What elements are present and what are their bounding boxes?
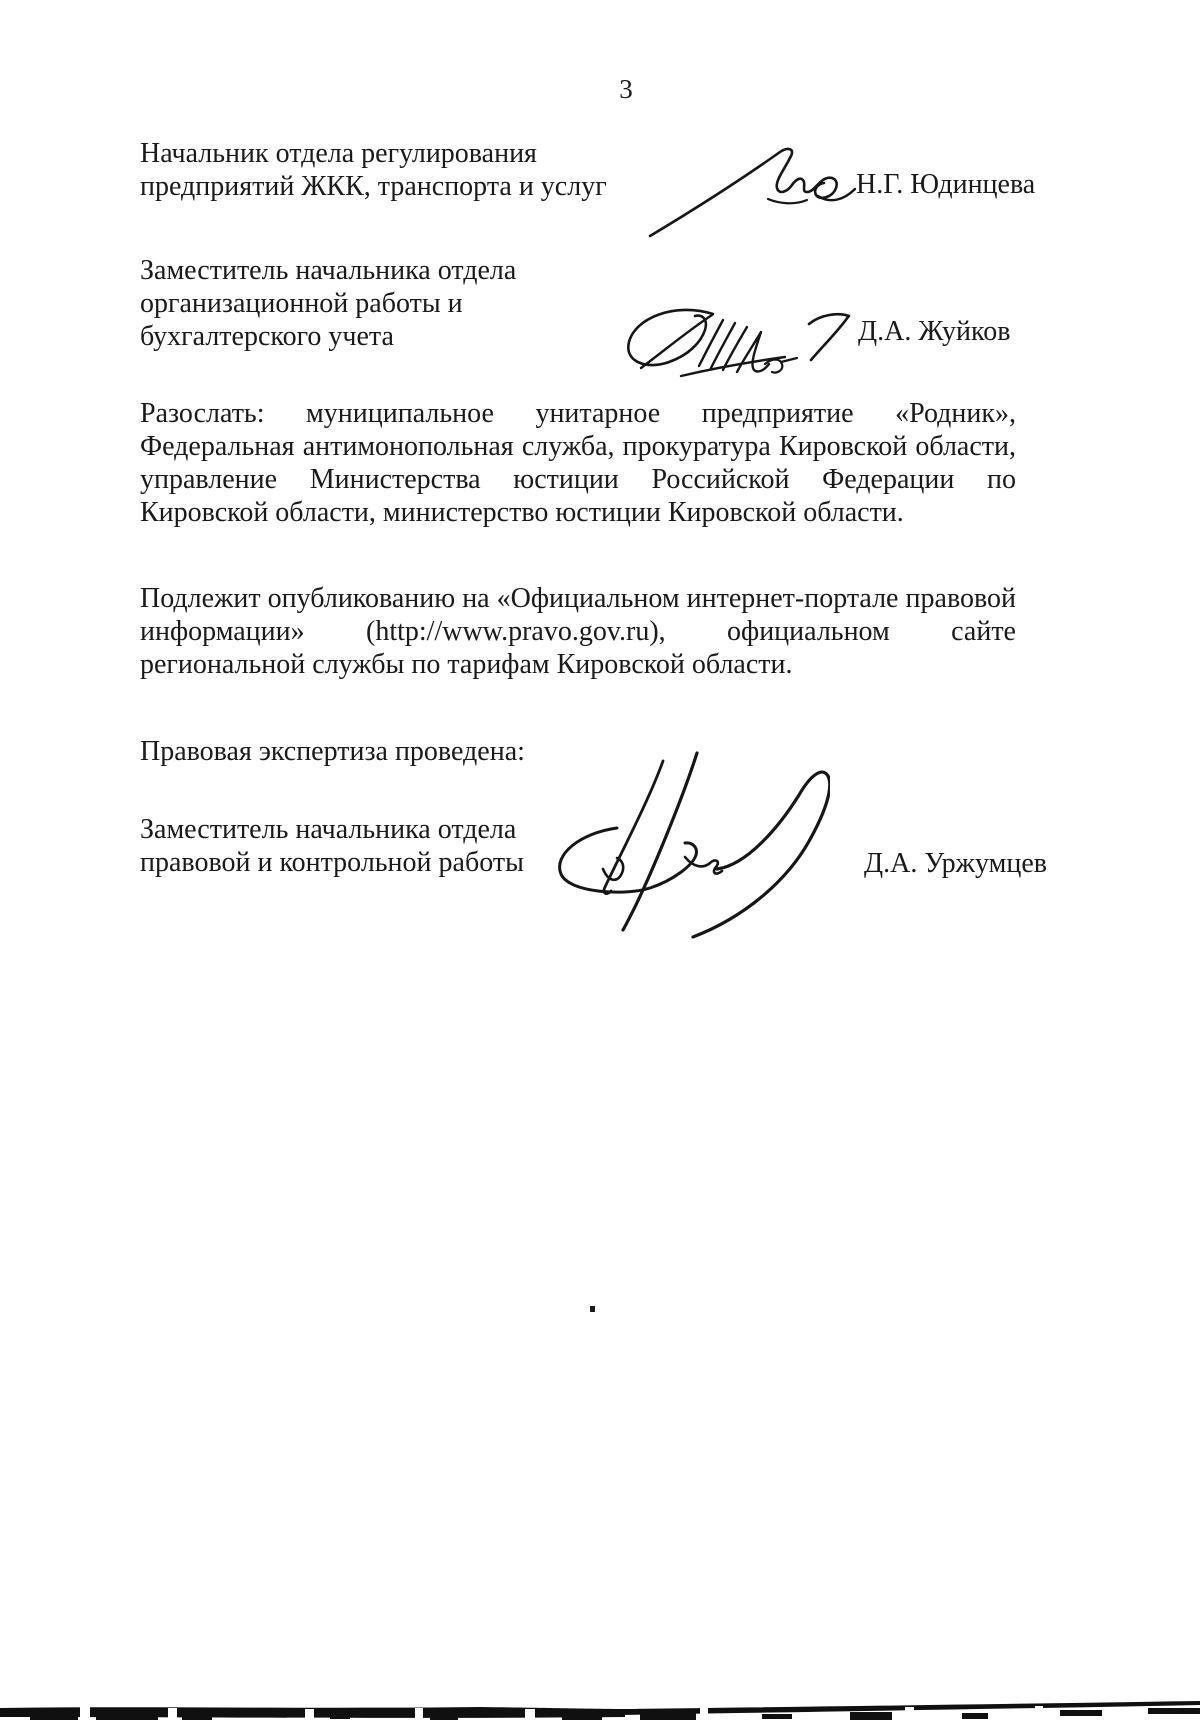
job-title-block-3: Заместитель начальника отдела правовой и…: [140, 813, 524, 879]
scan-edge-artifact: [0, 1695, 1200, 1721]
job-title-line: Заместитель начальника отдела: [140, 254, 516, 287]
distribution-paragraph: Разослать: муниципальное унитарное предп…: [140, 397, 1016, 529]
signature-zhuykov-image: [615, 302, 855, 380]
job-title-block-1: Начальник отдела регулирования предприят…: [140, 137, 607, 203]
job-title-block-2: Заместитель начальника отдела организаци…: [140, 254, 516, 353]
job-title-line: бухгалтерского учета: [140, 320, 516, 353]
signatory-name: Д.А. Жуйков: [858, 315, 1010, 348]
job-title-line: правовой и контрольной работы: [140, 846, 524, 879]
job-title-line: Начальник отдела регулирования: [140, 137, 607, 170]
job-title-line: предприятий ЖКК, транспорта и услуг: [140, 170, 607, 203]
legal-review-note: Правовая экспертиза проведена:: [140, 735, 525, 768]
scan-dot-artifact: [590, 1306, 595, 1312]
job-title-line: организационной работы и: [140, 287, 516, 320]
signature-urzhumtsev-image: [545, 745, 830, 945]
document-page: 3 Начальник отдела регулирования предпри…: [0, 0, 1200, 1721]
page-number: 3: [576, 74, 676, 105]
signature-yudintseva-image: [640, 138, 860, 246]
signatory-name: Д.А. Уржумцев: [864, 847, 1047, 880]
publication-paragraph: Подлежит опубликованию на «Официальном и…: [140, 582, 1016, 681]
job-title-line: Заместитель начальника отдела: [140, 813, 524, 846]
signatory-name: Н.Г. Юдинцева: [856, 168, 1035, 201]
